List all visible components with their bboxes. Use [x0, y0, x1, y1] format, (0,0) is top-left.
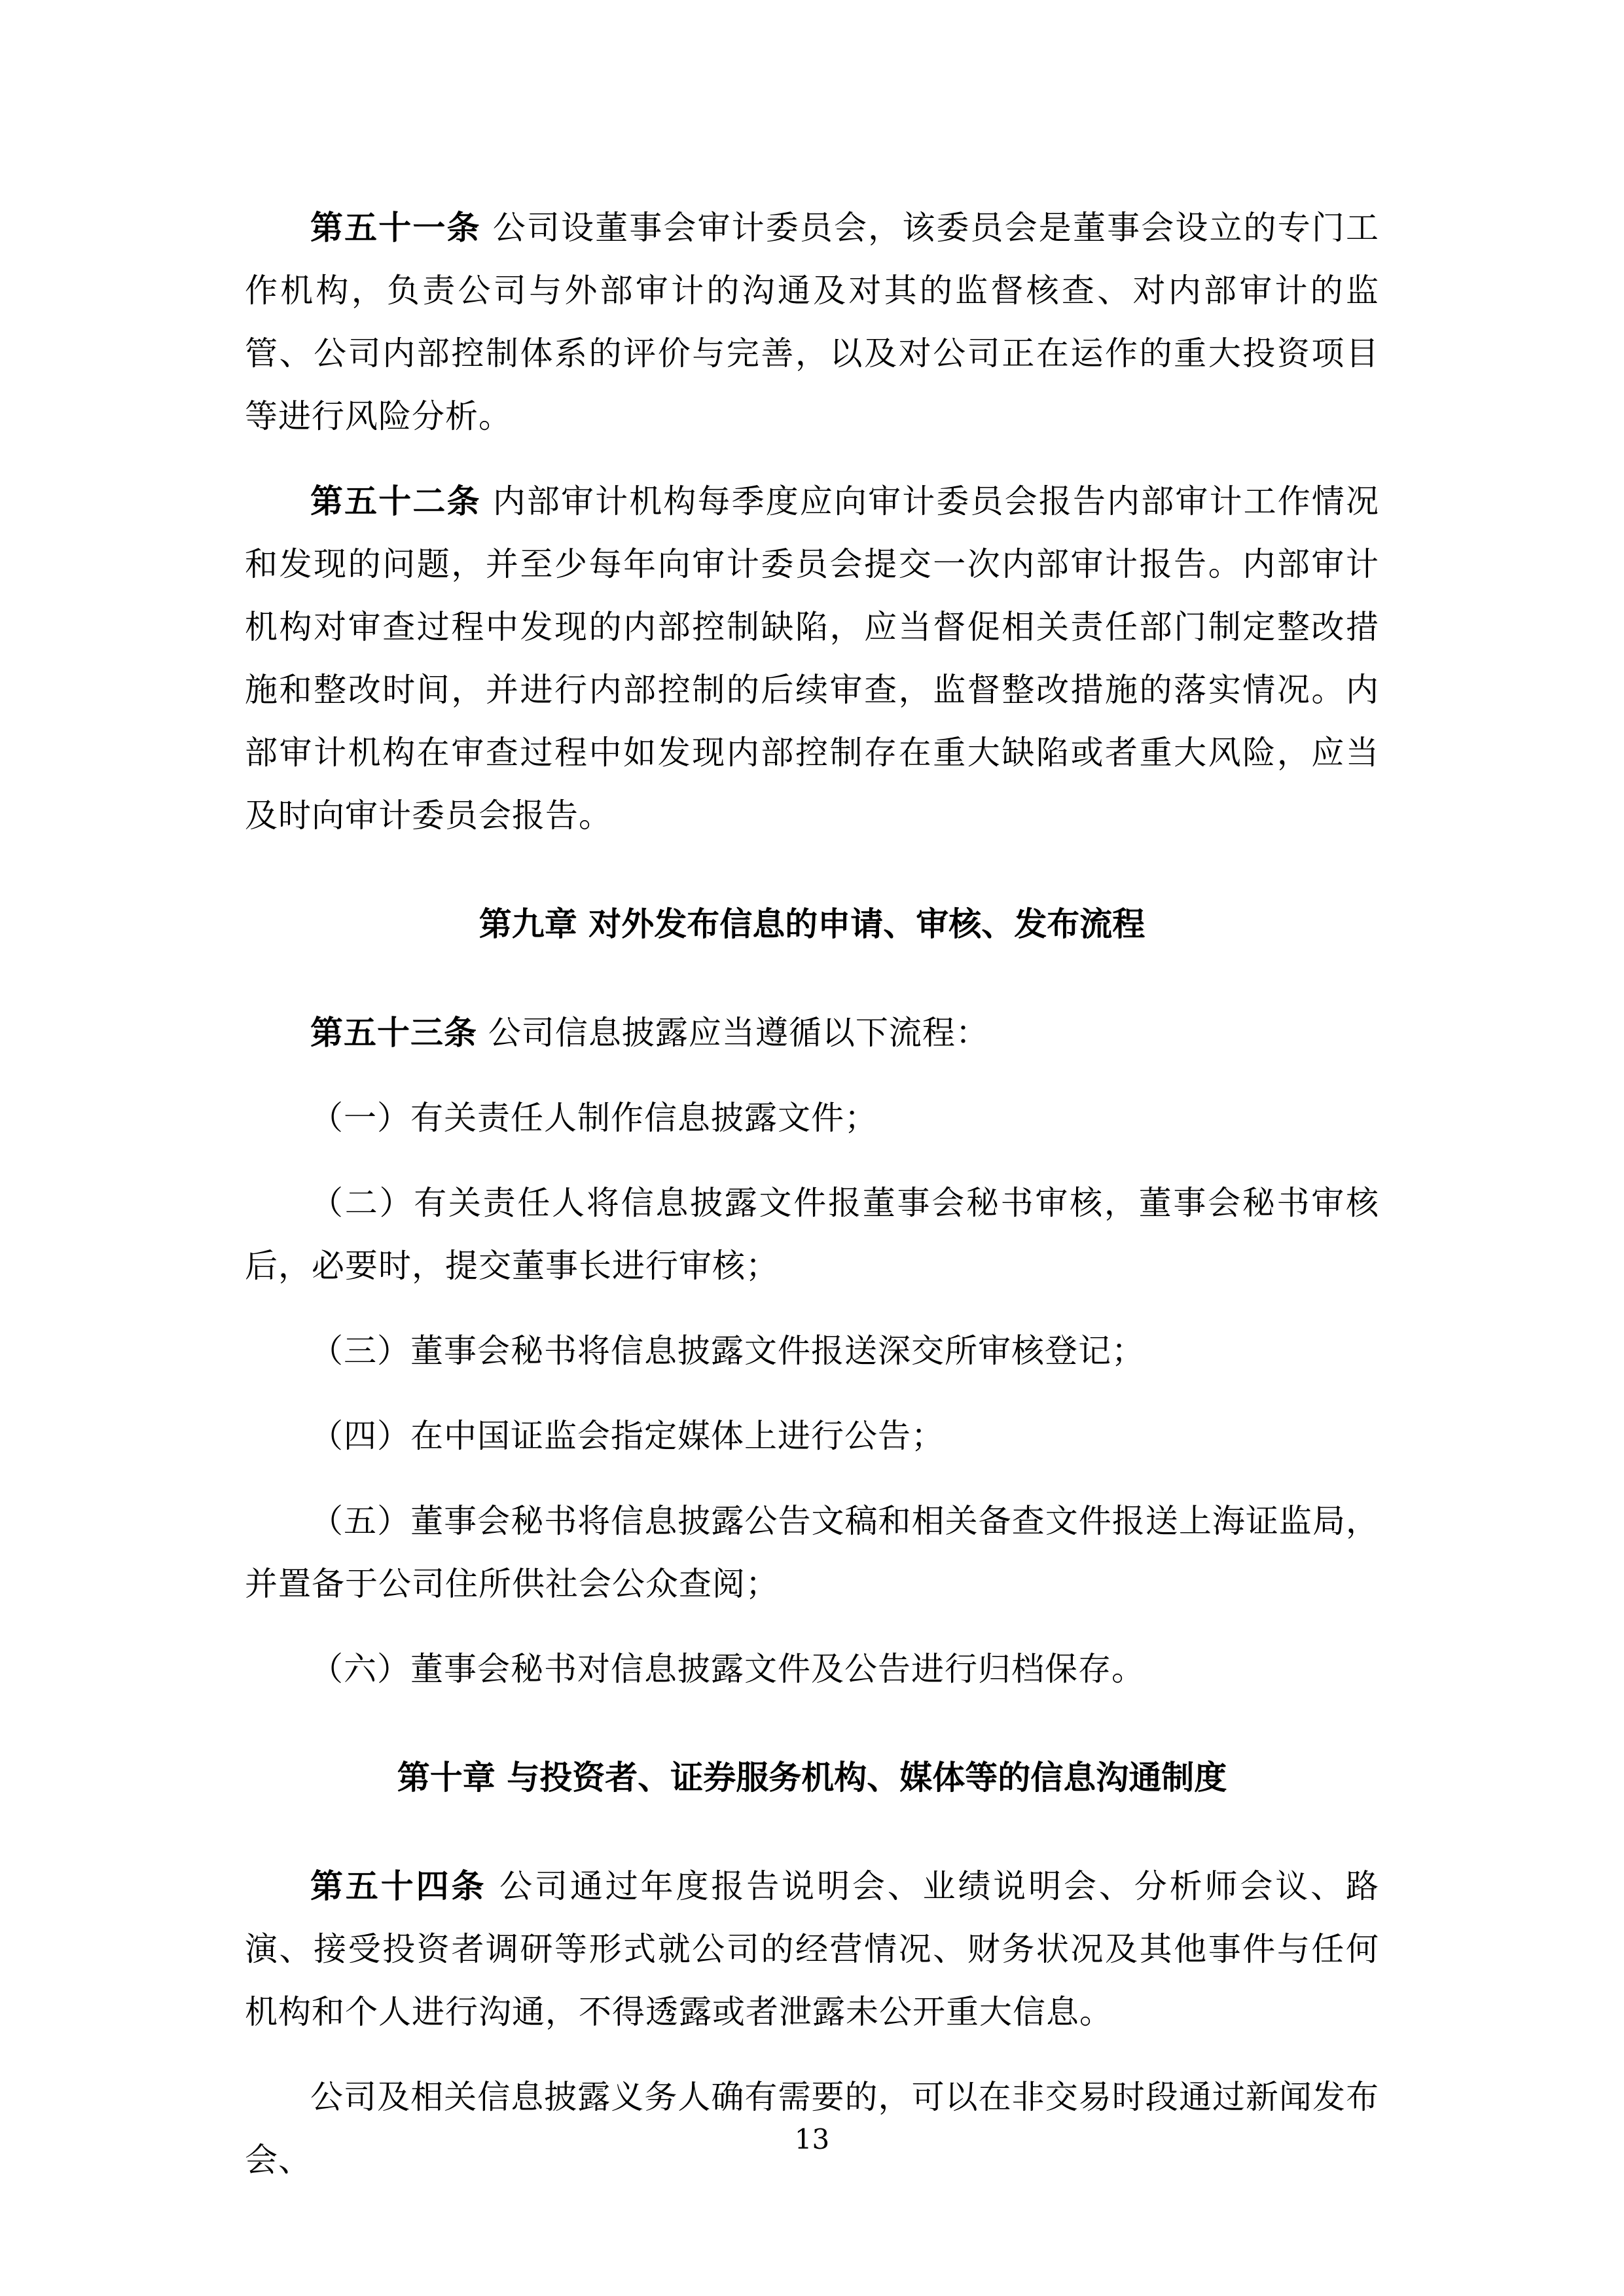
list-item-paragraph: （三）董事会秘书将信息披露文件报送深交所审核登记；	[245, 1319, 1379, 1382]
article-number: 第五十四条	[310, 1867, 486, 1905]
list-item-paragraph: （五）董事会秘书将信息披露公告文稿和相关备查文件报送上海证监局，并置备于公司住所…	[245, 1490, 1379, 1615]
document-page: 第五十一条 公司设董事会审计委员会，该委员会是董事会设立的专门工作机构，负责公司…	[0, 0, 1624, 2296]
article-paragraph: 第五十一条 公司设董事会审计委员会，该委员会是董事会设立的专门工作机构，负责公司…	[245, 196, 1379, 448]
list-item-paragraph: （二）有关责任人将信息披露文件报董事会秘书审核，董事会秘书审核后，必要时，提交董…	[245, 1172, 1379, 1297]
list-item-paragraph: （四）在中国证监会指定媒体上进行公告；	[245, 1405, 1379, 1467]
article-number: 第五十三条	[310, 1013, 477, 1052]
list-item-paragraph: （六）董事会秘书对信息披露文件及公告进行归档保存。	[245, 1638, 1379, 1700]
document-content: 第五十一条 公司设董事会审计委员会，该委员会是董事会设立的专门工作机构，负责公司…	[245, 196, 1379, 2214]
chapter-heading: 第九章 对外发布信息的申请、审核、发布流程	[245, 893, 1379, 956]
article-paragraph: 第五十二条 内部审计机构每季度应向审计委员会报告内部审计工作情况和发现的问题，并…	[245, 470, 1379, 847]
list-item-paragraph: （一）有关责任人制作信息披露文件；	[245, 1086, 1379, 1149]
article-number: 第五十二条	[310, 482, 481, 520]
article-paragraph: 第五十三条 公司信息披露应当遵循以下流程：	[245, 1001, 1379, 1064]
chapter-heading: 第十章 与投资者、证券服务机构、媒体等的信息沟通制度	[245, 1746, 1379, 1809]
article-paragraph: 第五十四条 公司通过年度报告说明会、业绩说明会、分析师会议、路演、接受投资者调研…	[245, 1855, 1379, 2043]
article-number: 第五十一条	[310, 208, 481, 247]
page-number: 13	[0, 2125, 1624, 2155]
